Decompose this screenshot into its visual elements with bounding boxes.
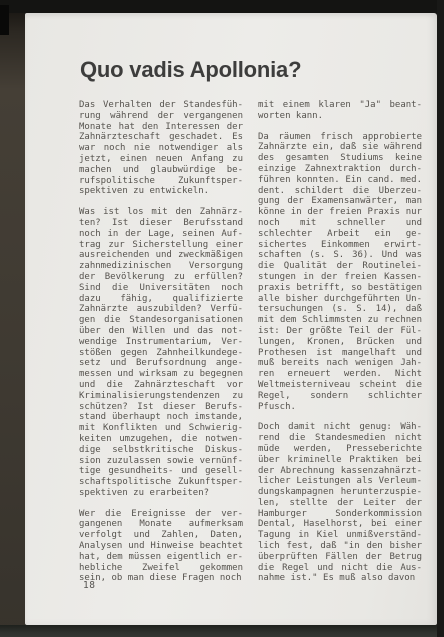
text-line: ren erneuert werden. Nicht <box>258 369 422 380</box>
text-line: noch in der Lage, seinen Auf- <box>79 229 243 240</box>
text-line: Monate hat den Interessen der <box>79 122 243 133</box>
text-line: sichertes Einkommen erwirt- <box>258 240 422 251</box>
paragraph: Das Verhalten der Standesfüh-rung währen… <box>79 100 243 197</box>
text-line: zahnmedizinischen Versorgung <box>79 261 243 272</box>
text-line: einzige Zahnextraktion durch- <box>258 164 422 175</box>
text-line: setz und Berufsordnung ange- <box>79 358 243 369</box>
scan-edge-top <box>0 0 444 13</box>
text-line: rufspolitische Zukunftsper- <box>79 176 243 187</box>
text-line: schlechter Arbeit ein ge- <box>258 229 422 240</box>
text-line: Das Verhalten der Standesfüh- <box>79 100 243 111</box>
text-line: könne in der freien Praxis nur <box>258 207 422 218</box>
text-line: schützen? Ist dieser Berufs- <box>79 402 243 413</box>
text-line: der Abrechnung kassenzahnärzt- <box>258 466 422 477</box>
scan-edge-right <box>437 0 444 637</box>
text-line: Analysen und Hinweise beachtet <box>79 541 243 552</box>
text-line: nahme ist." Es muß also davon <box>258 573 422 584</box>
text-line: schaftspolitische Zukunftsper- <box>79 477 243 488</box>
text-line: trag zur Sicherstellung einer <box>79 240 243 251</box>
text-line: Pfusch. <box>258 402 422 413</box>
paragraph: mit einem klaren "Ja" beant-worten kann. <box>258 100 422 122</box>
text-line: dungskampagnen herunterzuspie- <box>258 487 422 498</box>
text-line: Weltmeisterniveau scheint die <box>258 380 422 391</box>
paragraph: Doch damit nicht genug: Wäh-rend die Sta… <box>258 422 422 584</box>
text-line: wendige Instrumentarium, Ver- <box>79 337 243 348</box>
text-line: Kriminalisierungstendenzen zu <box>79 391 243 402</box>
text-line: worten kann. <box>258 111 422 122</box>
text-line: spektiven zu erarbeiten? <box>79 488 243 499</box>
paragraph: Wer die Ereignisse der ver-gangenen Mona… <box>79 509 243 585</box>
text-line: mit einem klaren "Ja" beant- <box>258 100 422 111</box>
text-line: gangenen Monate aufmerksam <box>79 519 243 530</box>
text-line: schaften (s. S. 36). Und was <box>258 250 422 261</box>
text-line: stungen in der freien Kassen- <box>258 272 422 283</box>
text-line: Zahnärzteschaft geschadet. Es <box>79 132 243 143</box>
text-line: rung während der vergangenen <box>79 111 243 122</box>
document-page: Quo vadis Apollonia? Das Verhalten der S… <box>25 13 437 625</box>
text-line: ausreichenden und zweckmäßigen <box>79 250 243 261</box>
text-line: alle bisher durchgeführten Un- <box>258 294 422 305</box>
text-line: gen die Standesorganisationen <box>79 315 243 326</box>
paragraph: Was ist los mit den Zahnärz-ten? Ist die… <box>79 207 243 499</box>
text-line: noch mit schneller und <box>258 218 422 229</box>
article-title: Quo vadis Apollonia? <box>80 57 301 83</box>
text-line: Zahnärzte ein, daß sie während <box>258 142 422 153</box>
text-line: führen konnten. Ein cand. med. <box>258 175 422 186</box>
text-line: verfolgt und Zahlen, Daten, <box>79 530 243 541</box>
text-line: jetzt, einen neuen Anfang zu <box>79 154 243 165</box>
text-line: die Qualität der Routinelei- <box>258 261 422 272</box>
text-line: mit dem Schlimmsten zu rechnen <box>258 315 422 326</box>
text-line: tige gesundheits- und gesell- <box>79 466 243 477</box>
scan-edge-left <box>0 0 25 637</box>
text-line: über den Willen und das not- <box>79 326 243 337</box>
text-line: ten? Ist dieser Berufsstand <box>79 218 243 229</box>
text-line: messen und wirksam zu begegnen <box>79 369 243 380</box>
text-line: machen und glaubwürdige be- <box>79 165 243 176</box>
text-line: Hamburger Sonderkommission <box>258 509 422 520</box>
text-line: muß bereits nach wenigen Jah- <box>258 358 422 369</box>
text-line: lungen, Kronen, Brücken und <box>258 337 422 348</box>
text-line: dazu fähig, qualifizierte <box>79 294 243 305</box>
text-line: war noch nie notwendiger als <box>79 143 243 154</box>
paragraph: Da räumen frisch approbierteZahnärzte ei… <box>258 132 422 413</box>
text-column-right: mit einem klaren "Ja" beant-worten kann.… <box>258 100 422 594</box>
text-line: stand überhaupt noch imstande, <box>79 412 243 423</box>
text-line: müde werden, Presseberichte <box>258 444 422 455</box>
text-line: die Regel und nicht die Aus- <box>258 563 422 574</box>
text-line: spektiven zu entwickeln. <box>79 186 243 197</box>
text-line: licher Leistungen als Verleum- <box>258 476 422 487</box>
text-line: hebliche Zweifel gekommen <box>79 563 243 574</box>
text-line: ist: Der größte Teil der Fül- <box>258 326 422 337</box>
text-line: mit Konflikten und Schwierig- <box>79 423 243 434</box>
text-line: Doch damit nicht genug: Wäh- <box>258 422 422 433</box>
text-line: lich fest, daß "in den bisher <box>258 541 422 552</box>
text-line: über kriminelle Praktiken bei <box>258 455 422 466</box>
text-line: Da räumen frisch approbierte <box>258 132 422 143</box>
text-line: dige selbstkritische Diskus- <box>79 445 243 456</box>
text-line: hat, dem müssen eigentlich er- <box>79 552 243 563</box>
text-line: überprüften Fällen der Betrug <box>258 552 422 563</box>
text-line: Tagung in Kiel unmißverständ- <box>258 530 422 541</box>
text-line: Regel, sondern schlichter <box>258 391 422 402</box>
text-line: der Bevölkerung zu erfüllen? <box>79 272 243 283</box>
text-line: und die Zahnärzteschaft vor <box>79 380 243 391</box>
page-number: 18 <box>83 580 95 591</box>
text-line: des gesamten Studiums keine <box>258 153 422 164</box>
text-line: Was ist los mit den Zahnärz- <box>79 207 243 218</box>
text-line: stößen gegen Zahnheilkundege- <box>79 348 243 359</box>
scan-edge-bottom <box>0 625 444 637</box>
text-line: Wer die Ereignisse der ver- <box>79 509 243 520</box>
text-line: keiten umzugehen, die notwen- <box>79 434 243 445</box>
scan-corner-notch <box>0 5 9 35</box>
text-line: Dental, Haselhorst, bei einer <box>258 519 422 530</box>
text-line: tersuchungen (s. S. 14), daß <box>258 304 422 315</box>
text-line: Zahnärzte auszubilden? Verfü- <box>79 304 243 315</box>
text-column-left: Das Verhalten der Standesfüh-rung währen… <box>79 100 243 594</box>
text-line: praxis betrifft, so bestätigen <box>258 283 422 294</box>
text-line: len, stellte der Leiter der <box>258 498 422 509</box>
text-line: sion zuzulassen sowie vernünf- <box>79 456 243 467</box>
text-line: sein, ob man diese Fragen noch <box>79 573 243 584</box>
text-line: Sind die Universitäten noch <box>79 283 243 294</box>
text-line: dent. schildert die Überzeu- <box>258 186 422 197</box>
text-line: Prothesen ist mangelhaft und <box>258 348 422 359</box>
text-line: rend die Standesmedien nicht <box>258 433 422 444</box>
text-line: gung der Examensanwärter, man <box>258 196 422 207</box>
